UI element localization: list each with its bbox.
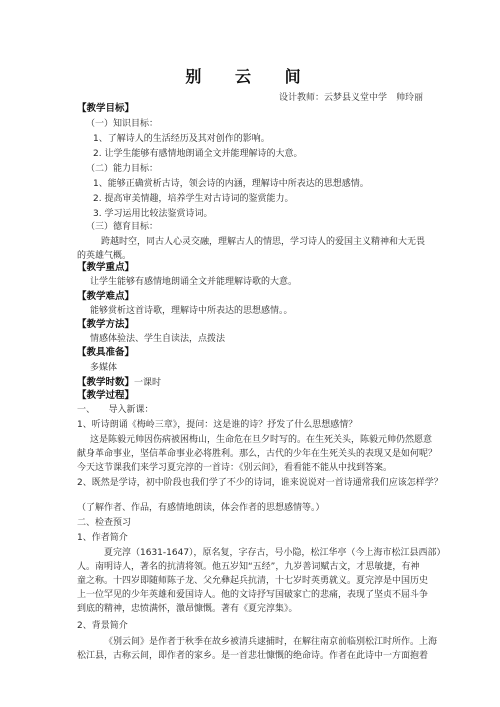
text-line: 这是陈毅元帅因伤病被困梅山，生命危在旦夕时写的。在生死关头，陈毅元帅仍然愿意 — [90, 434, 432, 446]
text-line: 情感体验法、学生自读法，点拨法 — [90, 333, 225, 345]
text-line: 1、听诗朗诵《梅岭三章》，提问：这是谁的诗？抒发了什么思想感情？ — [77, 419, 357, 431]
text-line: 能够赏析这首诗歌，理解诗中所表达的思想感情。。 — [90, 305, 293, 317]
text-line: 松江县，古称云间，即作者的家乡。是一首悲壮慷慨的绝命诗。作者在此诗中一方面抱着 — [77, 650, 428, 662]
section-heading: 【教学难点】 — [77, 291, 134, 303]
text-line: 一、 导入新课： — [77, 404, 154, 416]
text-line: 《别云间》是作者于秋季在故乡被清兵逮捕时，在解往南京前临别松江时所作。上海 — [104, 636, 437, 648]
text-line: 的英雄气概。 — [77, 250, 131, 262]
text-line: 人。南明诗人，著名的抗清将领。他五岁知“五经”，九岁善词赋古文，才思敏捷，有神 — [77, 561, 419, 573]
section-heading: 【教学过程】 — [77, 390, 134, 402]
section-value: 一课时 — [134, 378, 161, 388]
text-line: 夏完淳（1631-1647），原名复，字存古，号小隐，松江华亭（今上海市松江县西… — [104, 547, 446, 559]
text-line: 1、能够正确赏析古诗，领会诗的内涵，理解诗中所表达的思想感情。 — [93, 178, 369, 190]
text-line: （二）能力目标： — [86, 163, 158, 175]
section-heading: 【教学时数】 — [77, 377, 134, 388]
text-line: 2、背景简介 — [77, 620, 128, 632]
section-heading: 【教学方法】 — [77, 319, 134, 331]
text-line: 今天这节课我们来学习夏完淳的一首诗：《别云间》，看看能不能从中找到答案。 — [77, 462, 392, 474]
text-line: 多媒体 — [90, 362, 117, 374]
text-line: 1、了解诗人的生活经历及其对创作的影响。 — [93, 133, 270, 145]
author-line: 设计教师：云梦县义堂中学 帅玲丽 — [279, 90, 423, 103]
text-line: 童之称。十四岁即随师陈子龙、父允彝起兵抗清，十七岁时英勇就义。夏完淳是中国历史 — [77, 575, 428, 587]
text-line: 上一位罕见的少年英雄和爱国诗人。他的文诗抒写国破家亡的悲痛，表现了坚贞不屈斗争 — [77, 589, 428, 601]
text-line: 【教学时数】一课时 — [77, 377, 161, 389]
document-title: 别 云 间 — [0, 64, 500, 87]
text-line: 2、既然是学诗，初中阶段也我们学了不少的诗词，谁来说说对一首诗通常我们应该怎样学… — [77, 477, 443, 489]
section-heading: 【教学重点】 — [77, 262, 134, 274]
text-line: 让学生能够有感情地朗诵全文并能理解诗歌的大意。 — [90, 276, 297, 288]
text-line: 跨越时空，同古人心灵交融，理解古人的情思，学习诗人的爱国主义精神和大无畏 — [101, 236, 425, 248]
text-line: （了解作者、作品，有感情地朗读，体会作者的思想感情等。） — [77, 502, 325, 514]
text-line: 1、作者简介 — [77, 532, 128, 544]
section-heading: 【教具准备】 — [77, 347, 134, 359]
text-line: （三）德育目标： — [86, 221, 158, 233]
text-line: 二、检查预习 — [77, 517, 131, 529]
section-heading: 【教学目标】 — [77, 103, 134, 115]
text-line: （一）知识目标： — [86, 118, 158, 130]
document-page: 别 云 间 设计教师：云梦县义堂中学 帅玲丽 【教学目标】（一）知识目标：1、了… — [0, 0, 500, 707]
text-line: 到底的精神，忠愤满怀，激昂慷慨。著有《夏完淳集》。 — [77, 603, 298, 615]
text-line: 2. 让学生能够有感情地朗诵全文并能理解诗的大意。 — [93, 148, 302, 160]
text-line: 献身革命事业，坚信革命事业必将胜利。那么，古代的少年在生死关头的表现又是如何呢？ — [77, 448, 437, 460]
text-line: 3. 学习运用比较法鉴赏诗词。 — [93, 208, 212, 220]
text-line: 2. 提高审美情趣，培养学生对古诗词的鉴赏能力。 — [93, 193, 293, 205]
